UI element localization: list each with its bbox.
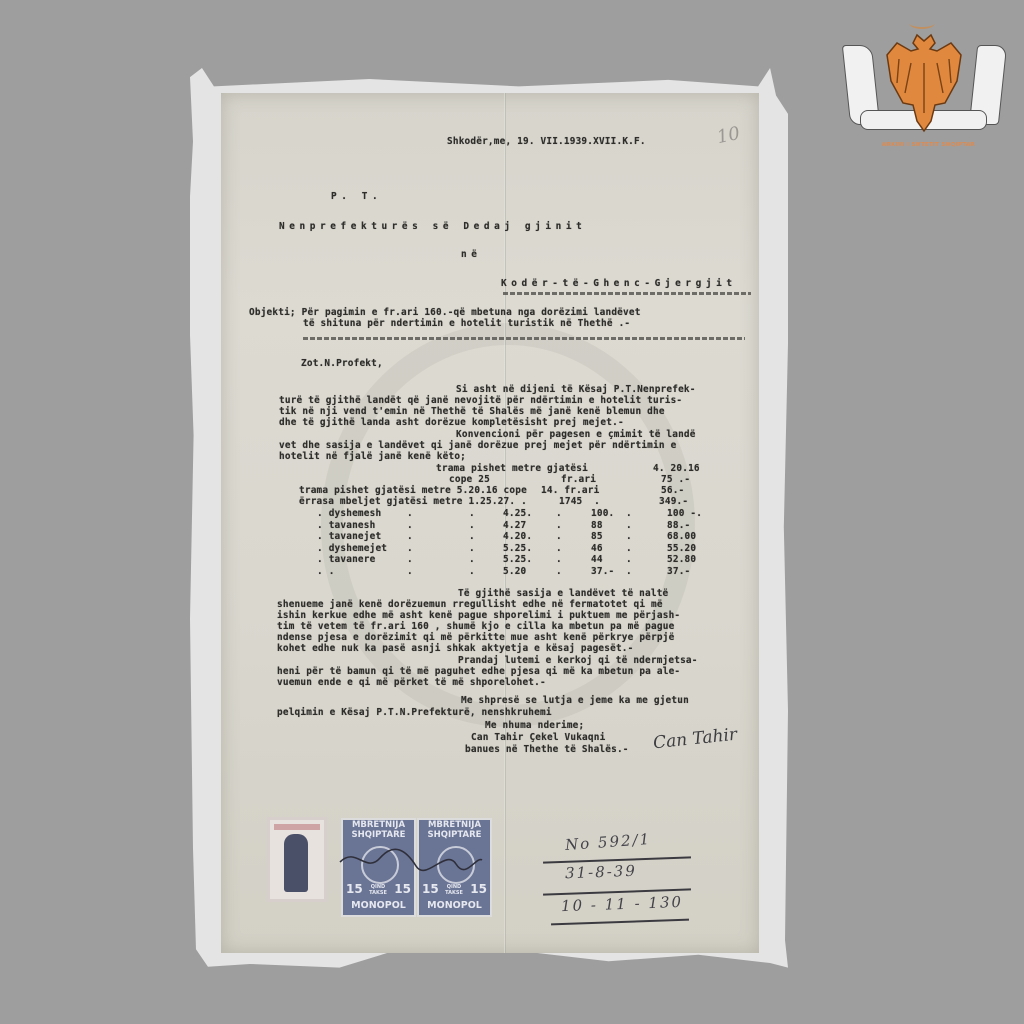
- table-dot: .: [469, 532, 475, 542]
- table-text: cope 25: [449, 475, 490, 485]
- table-text: 14. fr.ari: [541, 486, 599, 496]
- addressee-line-3: në: [461, 250, 482, 260]
- table-dot: .: [407, 532, 413, 542]
- paragraph-line: dhe të gjithë landa asht dorëzue komplet…: [279, 418, 624, 428]
- table-text: trama pishet metre gjatësi: [436, 464, 588, 474]
- paragraph-line: shenueme janë kenë dorëzuemun rregullish…: [277, 600, 663, 610]
- stamp-top-text: MBRETNIJA: [343, 820, 414, 830]
- pencil-page-number: 10: [715, 123, 742, 148]
- table-dot: .: [556, 544, 562, 554]
- archive-logo: ARKIVI I SHTETIT SHQIPTAR: [838, 15, 1013, 160]
- subject-line-1: Objekti; Për pagimin e fr.ari 160.-që mb…: [249, 308, 641, 318]
- table-cell-qty: 46: [591, 544, 603, 554]
- registry-date-1: 31-8-39: [565, 862, 637, 882]
- table-dot: .: [469, 521, 475, 531]
- table-dot: .: [556, 567, 562, 577]
- table-cell-qty: 37.-: [591, 567, 614, 577]
- table-dot: .: [556, 555, 562, 565]
- paragraph-line: Me shpresë se lutja e jeme ka me gjetun: [461, 696, 689, 706]
- salutation: Zot.N.Profekt,: [301, 359, 383, 369]
- table-cell-price: 100 -.: [667, 509, 702, 519]
- table-cell-qty: 85: [591, 532, 603, 542]
- table-dot: .: [407, 555, 413, 565]
- paragraph-line: ishin kerkue edhe më asht kenë pague shp…: [277, 611, 680, 621]
- subject-line-2: të shituna për ndertimin e hotelit turis…: [303, 319, 630, 329]
- stamp-value: 15: [422, 882, 439, 896]
- sender-name: Can Tahir Çekel Vukaqni: [471, 733, 605, 743]
- double-headed-eagle-icon: [883, 33, 965, 133]
- addressee-line-4: Kodër-të-Ghenc-Gjergjit: [501, 279, 737, 289]
- paragraph-line: Konvencioni për pagesen e çmimit të land…: [456, 430, 696, 440]
- table-dot: .: [469, 555, 475, 565]
- paragraph-line: heni për të bamun qi të më paguhet edhe …: [277, 667, 680, 677]
- paragraph-line: pelqimin e Kësaj P.T.N.Prefekturë, nensh…: [277, 708, 552, 718]
- logo-caption: ARKIVI I SHTETIT SHQIPTAR: [852, 142, 1005, 148]
- table-dot: .: [626, 509, 632, 519]
- stamp-header-band: [274, 824, 320, 830]
- stamp-bottom-text: MONOPOL: [343, 900, 414, 911]
- addressee-line-2: Nenprefekturës së Dedaj gjinit: [279, 222, 586, 232]
- table-cell-length: 4.20.: [503, 532, 532, 542]
- table-cell-price: 37.-: [667, 567, 690, 577]
- stamp-value: 15: [394, 882, 411, 896]
- registry-number: No 592/1: [564, 830, 651, 854]
- registry-rule: [551, 919, 689, 925]
- table-dot: .: [626, 544, 632, 554]
- table-cell-length: 5.25.: [503, 544, 532, 554]
- sender-address: banues në Thethe të Shalës.-: [465, 745, 629, 755]
- table-cell-length: 4.25.: [503, 509, 532, 519]
- table-dot: .: [626, 555, 632, 565]
- table-text: trama pishet gjatësi metre 5.20.16 cope: [299, 486, 527, 496]
- underline-dashes: [503, 292, 751, 295]
- table-cell-price: 88.-: [667, 521, 690, 531]
- stamp-middle-text: QIND TAKSE: [363, 884, 393, 896]
- paragraph-line: Prandaj lutemi e kerkoj qi të ndermjetsa…: [458, 656, 698, 666]
- table-cell-price: 52.80: [667, 555, 696, 565]
- underline-dashes: [303, 337, 745, 340]
- paragraph-line: tim të vetem të fr.ari 160 , shumë kjo e…: [277, 622, 674, 632]
- stamp-value: 15: [346, 882, 363, 896]
- paragraph-line: vuemun ende e qi më përket të më shporel…: [277, 678, 546, 688]
- table-dot: .: [407, 521, 413, 531]
- soldier-figure-icon: [284, 834, 308, 892]
- stamp-bottom-text: MONOPOL: [419, 900, 490, 911]
- paragraph-line: hotelit në fjalë janë kenë këto;: [279, 452, 466, 462]
- stamp-value: 15: [470, 882, 487, 896]
- table-cell-item: . dyshemejet: [317, 544, 387, 554]
- paragraph-line: ndense pjesa e dorëzimit qi më përkitte …: [277, 633, 674, 643]
- table-cell-qty: 88: [591, 521, 603, 531]
- stamp-top-text: SHQIPTARE: [419, 830, 490, 840]
- table-cell-item: . tavanesh: [317, 521, 375, 531]
- table-cell-item: . tavanejet: [317, 532, 381, 542]
- paragraph-line: Të gjithë sasija e landëvet të naltë: [458, 589, 668, 599]
- paragraph-line: tik në nji vend t'emin në Thethë të Shal…: [279, 407, 665, 417]
- stamp-top-text: SHQIPTARE: [343, 830, 414, 840]
- table-cell-qty: 44: [591, 555, 603, 565]
- addressee-line-1: P. T.: [331, 192, 382, 202]
- dateline: Shkodër,me, 19. VII.1939.XVII.K.F.: [447, 137, 646, 147]
- table-cell-price: 68.00: [667, 532, 696, 542]
- table-dot: .: [407, 544, 413, 554]
- figure-stamp: [267, 817, 327, 902]
- table-text: 75 .-: [661, 475, 690, 485]
- table-text: 1745 .: [559, 497, 600, 507]
- table-cell-length: 5.20: [503, 567, 526, 577]
- cancellation-scribble: [336, 840, 486, 880]
- table-text: fr.ari: [561, 475, 596, 485]
- table-text: 4. 20.16: [653, 464, 700, 474]
- table-cell-qty: 100.: [591, 509, 614, 519]
- handwritten-signature: Can Tahir: [652, 725, 738, 754]
- registry-date-2: 10 - 11 - 130: [561, 893, 684, 915]
- crest-arc: [909, 17, 935, 29]
- table-dot: .: [469, 509, 475, 519]
- table-cell-length: 4.27: [503, 521, 526, 531]
- stamp-middle-text: QIND TAKSE: [439, 884, 469, 896]
- table-cell-length: 5.25.: [503, 555, 532, 565]
- paragraph-line: Si asht në dijeni të Kësaj P.T.Nenprefek…: [456, 385, 696, 395]
- table-text: 349.-: [659, 497, 688, 507]
- table-cell-item: . dyshemesh: [317, 509, 381, 519]
- table-dot: .: [626, 521, 632, 531]
- table-dot: .: [407, 509, 413, 519]
- stamp-top-text: MBRETNIJA: [419, 820, 490, 830]
- table-text: 56.-: [661, 486, 684, 496]
- table-dot: .: [556, 509, 562, 519]
- table-dot: .: [556, 521, 562, 531]
- table-dot: .: [626, 567, 632, 577]
- closing-line: Me nhuma nderime;: [485, 721, 584, 731]
- paragraph-line: kohet edhe nuk ka pasë asnji shkak aktye…: [277, 644, 634, 654]
- table-cell-price: 55.20: [667, 544, 696, 554]
- table-dot: .: [626, 532, 632, 542]
- table-dot: .: [469, 567, 475, 577]
- table-dot: .: [407, 567, 413, 577]
- table-dot: .: [556, 532, 562, 542]
- table-text: ërrasa mbeljet gjatësi metre 1.25.27. .: [299, 497, 527, 507]
- table-dot: .: [469, 544, 475, 554]
- table-cell-item: . .: [317, 567, 335, 577]
- table-cell-item: . tavanere: [317, 555, 375, 565]
- paragraph-line: turë të gjithë landët që janë nevojitë p…: [279, 396, 682, 406]
- paragraph-line: vet dhe sasija e landëvet qi janë dorëzu…: [279, 441, 676, 451]
